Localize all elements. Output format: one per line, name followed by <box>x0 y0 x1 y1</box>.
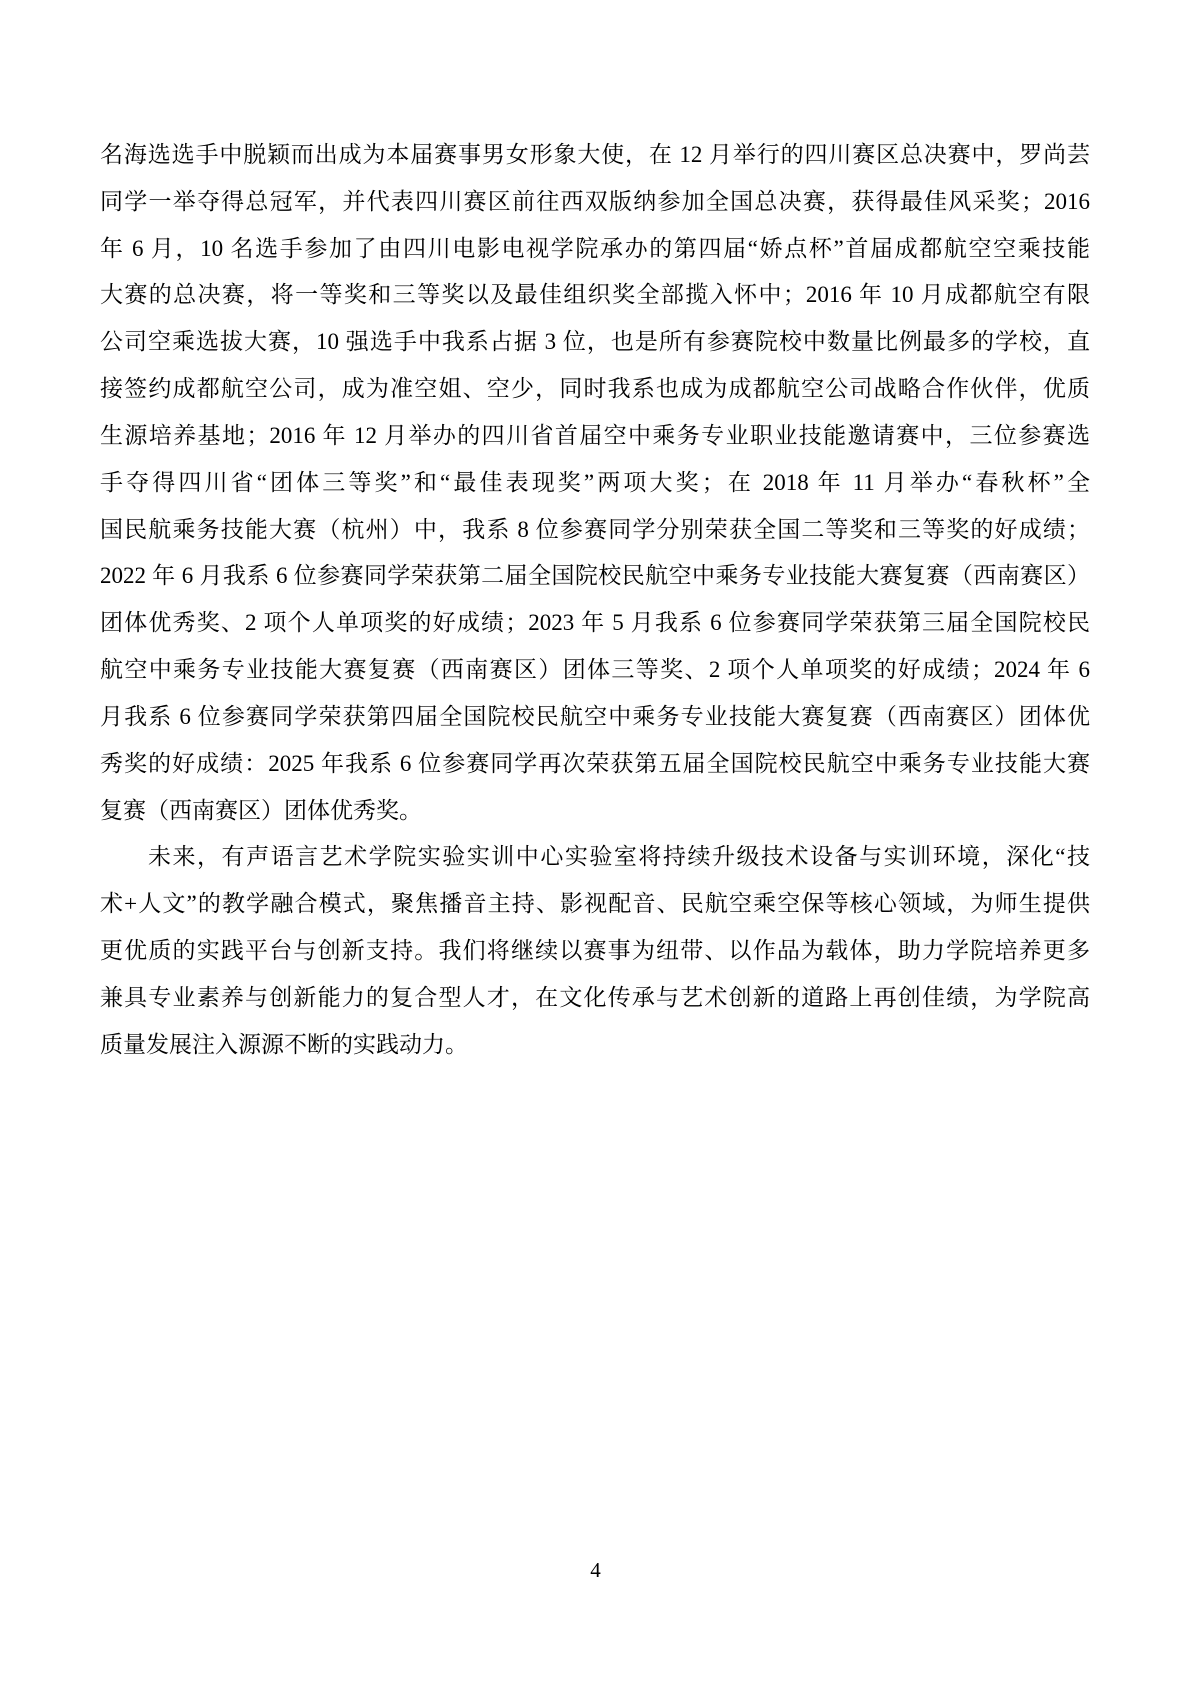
text-line: 术+人文”的教学融合模式，聚焦播音主持、影视配音、民航空乘空保等核心领域，为师生… <box>100 881 1090 928</box>
text-line: 团体优秀奖、2 项个人单项奖的好成绩；2023 年 5 月我系 6 位参赛同学荣… <box>100 600 1090 647</box>
text-line: 同学一举夺得总冠军，并代表四川赛区前往西双版纳参加全国总决赛，获得最佳风采奖；2… <box>100 179 1090 226</box>
text-line: 国民航乘务技能大赛（杭州）中，我系 8 位参赛同学分别荣获全国二等奖和三等奖的好… <box>100 507 1090 554</box>
text-line: 公司空乘选拔大赛，10 强选手中我系占据 3 位，也是所有参赛院校中数量比例最多… <box>100 319 1090 366</box>
text-line: 2022 年 6 月我系 6 位参赛同学荣获第二届全国院校民航空中乘务专业技能大… <box>100 553 1090 600</box>
text-line: 复赛（西南赛区）团体优秀奖。 <box>100 788 1090 835</box>
text-line: 生源培养基地；2016 年 12 月举办的四川省首届空中乘务专业职业技能邀请赛中… <box>100 413 1090 460</box>
text-line: 大赛的总决赛，将一等奖和三等奖以及最佳组织奖全部揽入怀中；2016 年 10 月… <box>100 272 1090 319</box>
text-line: 接签约成都航空公司，成为准空姐、空少，同时我系也成为成都航空公司战略合作伙伴，优… <box>100 366 1090 413</box>
text-line: 秀奖的好成绩：2025 年我系 6 位参赛同学再次荣获第五届全国院校民航空中乘务… <box>100 741 1090 788</box>
text-line: 月我系 6 位参赛同学荣获第四届全国院校民航空中乘务专业技能大赛复赛（西南赛区）… <box>100 694 1090 741</box>
text-line: 航空中乘务专业技能大赛复赛（西南赛区）团体三等奖、2 项个人单项奖的好成绩；20… <box>100 647 1090 694</box>
text-line: 更优质的实践平台与创新支持。我们将继续以赛事为纽带、以作品为载体，助力学院培养更… <box>100 928 1090 975</box>
text-line: 年 6 月，10 名选手参加了由四川电影电视学院承办的第四届“娇点杯”首届成都航… <box>100 226 1090 273</box>
text-line: 兼具专业素养与创新能力的复合型人才，在文化传承与艺术创新的道路上再创佳绩，为学院… <box>100 975 1090 1022</box>
text-line: 手夺得四川省“团体三等奖”和“最佳表现奖”两项大奖；在 2018 年 11 月举… <box>100 460 1090 507</box>
page-number: 4 <box>0 1556 1191 1584</box>
text-line: 未来，有声语言艺术学院实验实训中心实验室将持续升级技术设备与实训环境，深化“技 <box>100 834 1090 881</box>
document-body: 名海选选手中脱颖而出成为本届赛事男女形象大使，在 12 月举行的四川赛区总决赛中… <box>100 132 1090 1069</box>
document-page: 名海选选手中脱颖而出成为本届赛事男女形象大使，在 12 月举行的四川赛区总决赛中… <box>0 0 1191 1684</box>
text-line: 质量发展注入源源不断的实践动力。 <box>100 1022 1090 1069</box>
text-line: 名海选选手中脱颖而出成为本届赛事男女形象大使，在 12 月举行的四川赛区总决赛中… <box>100 132 1090 179</box>
